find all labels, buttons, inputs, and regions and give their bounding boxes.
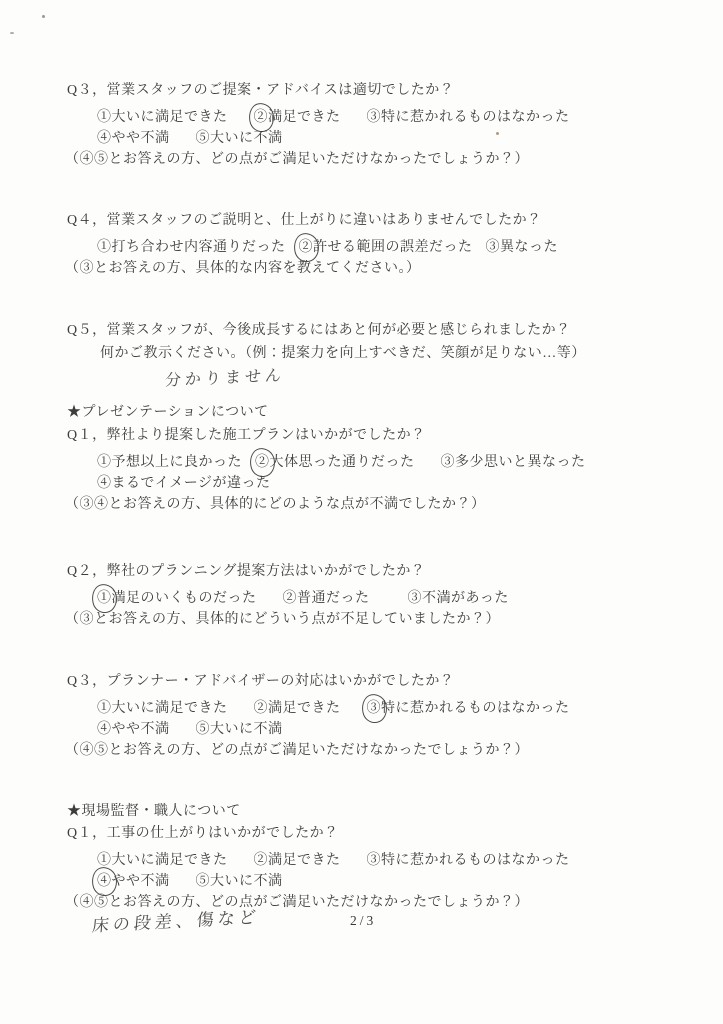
- question-block-sales-q3: Q３，営業スタッフのご提案・アドバイスは適切でしたか？ ①大いに満足できた ②満…: [0, 80, 723, 170]
- question-prompt: Q３，営業スタッフのご提案・アドバイスは適切でしたか？: [0, 80, 723, 101]
- answer-option: ③特に惹かれるものはなかった: [367, 698, 570, 719]
- answer-option: ②満足できた: [254, 850, 341, 871]
- answer-option-row: ④やや不満 ⑤大いに不満: [0, 871, 723, 892]
- answer-option-row: ①予想以上に良かった ②大体思った通りだった ③多少思いと異なった: [0, 452, 723, 473]
- answer-option-row: ④やや不満 ⑤大いに不満: [0, 128, 723, 149]
- question-block-sales-q5: Q５，営業スタッフが、今後成長するにはあと何が必要と感じられましたか？ 何かご教…: [0, 320, 723, 364]
- answer-option: ①大いに満足できた: [97, 698, 228, 719]
- scanned-survey-page: Q３，営業スタッフのご提案・アドバイスは適切でしたか？ ①大いに満足できた ②満…: [0, 0, 723, 1024]
- answer-option: ①打ち合わせ内容通りだった: [97, 237, 286, 258]
- page-number: 2/3: [350, 913, 376, 929]
- answer-option: ①大いに満足できた: [97, 107, 228, 128]
- answer-option: ①満足のいくものだった: [97, 588, 257, 609]
- answer-option: ①大いに満足できた: [97, 850, 228, 871]
- answer-option: ⑤大いに不満: [196, 871, 283, 892]
- question-sub-prompt: 何かご教示ください。（例：提案力を向上すべきだ、笑顔が足りない…等）: [0, 343, 723, 364]
- answer-option-row: ①打ち合わせ内容通りだった ②許せる範囲の誤差だった ③異なった: [0, 237, 723, 258]
- section-heading-site-supervisor: ★現場監督・職人について: [67, 801, 241, 822]
- scan-speck: [42, 15, 45, 18]
- question-prompt: Q５，営業スタッフが、今後成長するにはあと何が必要と感じられましたか？: [0, 320, 723, 341]
- question-note: （③④とお答えの方、具体的にどのような点が不満でしたか？）: [0, 494, 723, 515]
- question-block-presentation-q1: Q１，弊社より提案した施工プランはいかがでしたか？ ①予想以上に良かった ②大体…: [0, 425, 723, 515]
- answer-option-row: ①満足のいくものだった ②普通だった ③不満があった: [0, 588, 723, 609]
- answer-option-row: ①大いに満足できた ②満足できた ③特に惹かれるものはなかった: [0, 698, 723, 719]
- answer-option: ②大体思った通りだった: [255, 452, 415, 473]
- question-note: （③とお答えの方、具体的な内容を教えてください。）: [0, 258, 723, 279]
- handwritten-note-q5: 分かりません: [164, 362, 285, 390]
- answer-option: ④やや不満: [97, 128, 170, 149]
- question-prompt: Q４，営業スタッフのご説明と、仕上がりに違いはありませんでしたか？: [0, 210, 723, 231]
- question-prompt: Q１，弊社より提案した施工プランはいかがでしたか？: [0, 425, 723, 446]
- question-prompt: Q１，工事の仕上がりはいかがでしたか？: [0, 823, 723, 844]
- question-note: （③とお答えの方、具体的にどういう点が不足していましたか？）: [0, 609, 723, 630]
- answer-option-row: ①大いに満足できた ②満足できた ③特に惹かれるものはなかった: [0, 850, 723, 871]
- answer-option: ③特に惹かれるものはなかった: [367, 850, 570, 871]
- question-block-sales-q4: Q４，営業スタッフのご説明と、仕上がりに違いはありませんでしたか？ ①打ち合わせ…: [0, 210, 723, 279]
- answer-option: ①予想以上に良かった: [97, 452, 242, 473]
- answer-option: ③異なった: [486, 237, 559, 258]
- answer-option: ②満足できた: [254, 698, 341, 719]
- answer-option-row: ①大いに満足できた ②満足できた ③特に惹かれるものはなかった: [0, 107, 723, 128]
- answer-option: ④やや不満: [97, 719, 170, 740]
- section-heading-presentation: ★プレゼンテーションについて: [67, 402, 269, 423]
- question-note: （④⑤とお答えの方、どの点がご満足いただけなかったでしょうか？）: [0, 149, 723, 170]
- question-block-presentation-q3: Q３，プランナー・アドバイザーの対応はいかがでしたか？ ①大いに満足できた ②満…: [0, 671, 723, 761]
- answer-option: ④やや不満: [97, 871, 170, 892]
- answer-option: ②普通だった: [283, 588, 370, 609]
- question-prompt: Q３，プランナー・アドバイザーの対応はいかがでしたか？: [0, 671, 723, 692]
- answer-option: ③特に惹かれるものはなかった: [367, 107, 570, 128]
- answer-option: ⑤大いに不満: [196, 719, 283, 740]
- answer-option-row: ④まるでイメージが違った: [0, 473, 723, 494]
- question-note: （④⑤とお答えの方、どの点がご満足いただけなかったでしょうか？）: [0, 740, 723, 761]
- answer-option: ④まるでイメージが違った: [97, 473, 270, 494]
- question-block-site-q1: Q１，工事の仕上がりはいかがでしたか？ ①大いに満足できた ②満足できた ③特に…: [0, 823, 723, 913]
- question-block-presentation-q2: Q２，弊社のプランニング提案方法はいかがでしたか？ ①満足のいくものだった ②普…: [0, 561, 723, 630]
- answer-option: ③多少思いと異なった: [441, 452, 586, 473]
- answer-option: ②満足できた: [254, 107, 341, 128]
- question-prompt: Q２，弊社のプランニング提案方法はいかがでしたか？: [0, 561, 723, 582]
- answer-option: ③不満があった: [408, 588, 509, 609]
- answer-option-row: ④やや不満 ⑤大いに不満: [0, 719, 723, 740]
- answer-option: ⑤大いに不満: [196, 128, 283, 149]
- answer-option: ②許せる範囲の誤差だった: [299, 237, 473, 258]
- scan-speck: [10, 32, 14, 34]
